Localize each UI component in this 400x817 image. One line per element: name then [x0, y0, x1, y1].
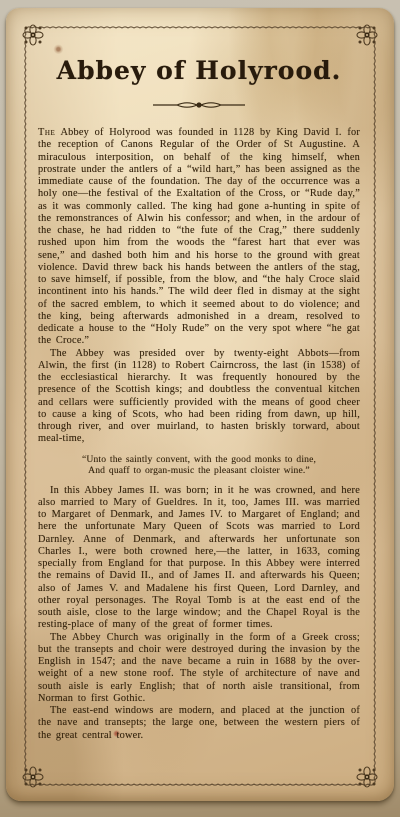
page-title: Abbey of Holyrood. [38, 56, 360, 85]
body-text: The Abbey of Holyrood was founded in 112… [38, 127, 360, 742]
paragraph-text: Abbey of Holyrood was founded in 1128 by… [38, 127, 360, 346]
rosette-icon [357, 767, 377, 787]
paragraph: The east-end windows are modern, and pla… [38, 705, 360, 742]
lead-word: The [38, 127, 55, 138]
paragraph: The Abbey Church was originally in the f… [38, 632, 360, 706]
verse-quote: “Unto the saintly convent, with the good… [38, 454, 360, 477]
verse-line: “Unto the saintly convent, with the good… [38, 454, 360, 466]
rosette-icon [23, 767, 43, 787]
paragraph: The Abbey of Holyrood was founded in 112… [38, 127, 360, 348]
rosette-icon [357, 25, 377, 45]
verse-line: And quaff to organ-music the pleasant cl… [38, 465, 360, 477]
card: Abbey of Holyrood. The Abbey of Holyrood… [6, 8, 394, 801]
divider-ornament-icon [151, 98, 247, 112]
printed-page: Abbey of Holyrood. The Abbey of Holyrood… [38, 42, 360, 763]
paragraph: In this Abbey James II. was born; in it … [38, 485, 360, 632]
paragraph: The Abbey was presided over by twenty-ei… [38, 348, 360, 446]
photo-backdrop: { "document": { "title": "Abbey of Holyr… [0, 0, 400, 817]
